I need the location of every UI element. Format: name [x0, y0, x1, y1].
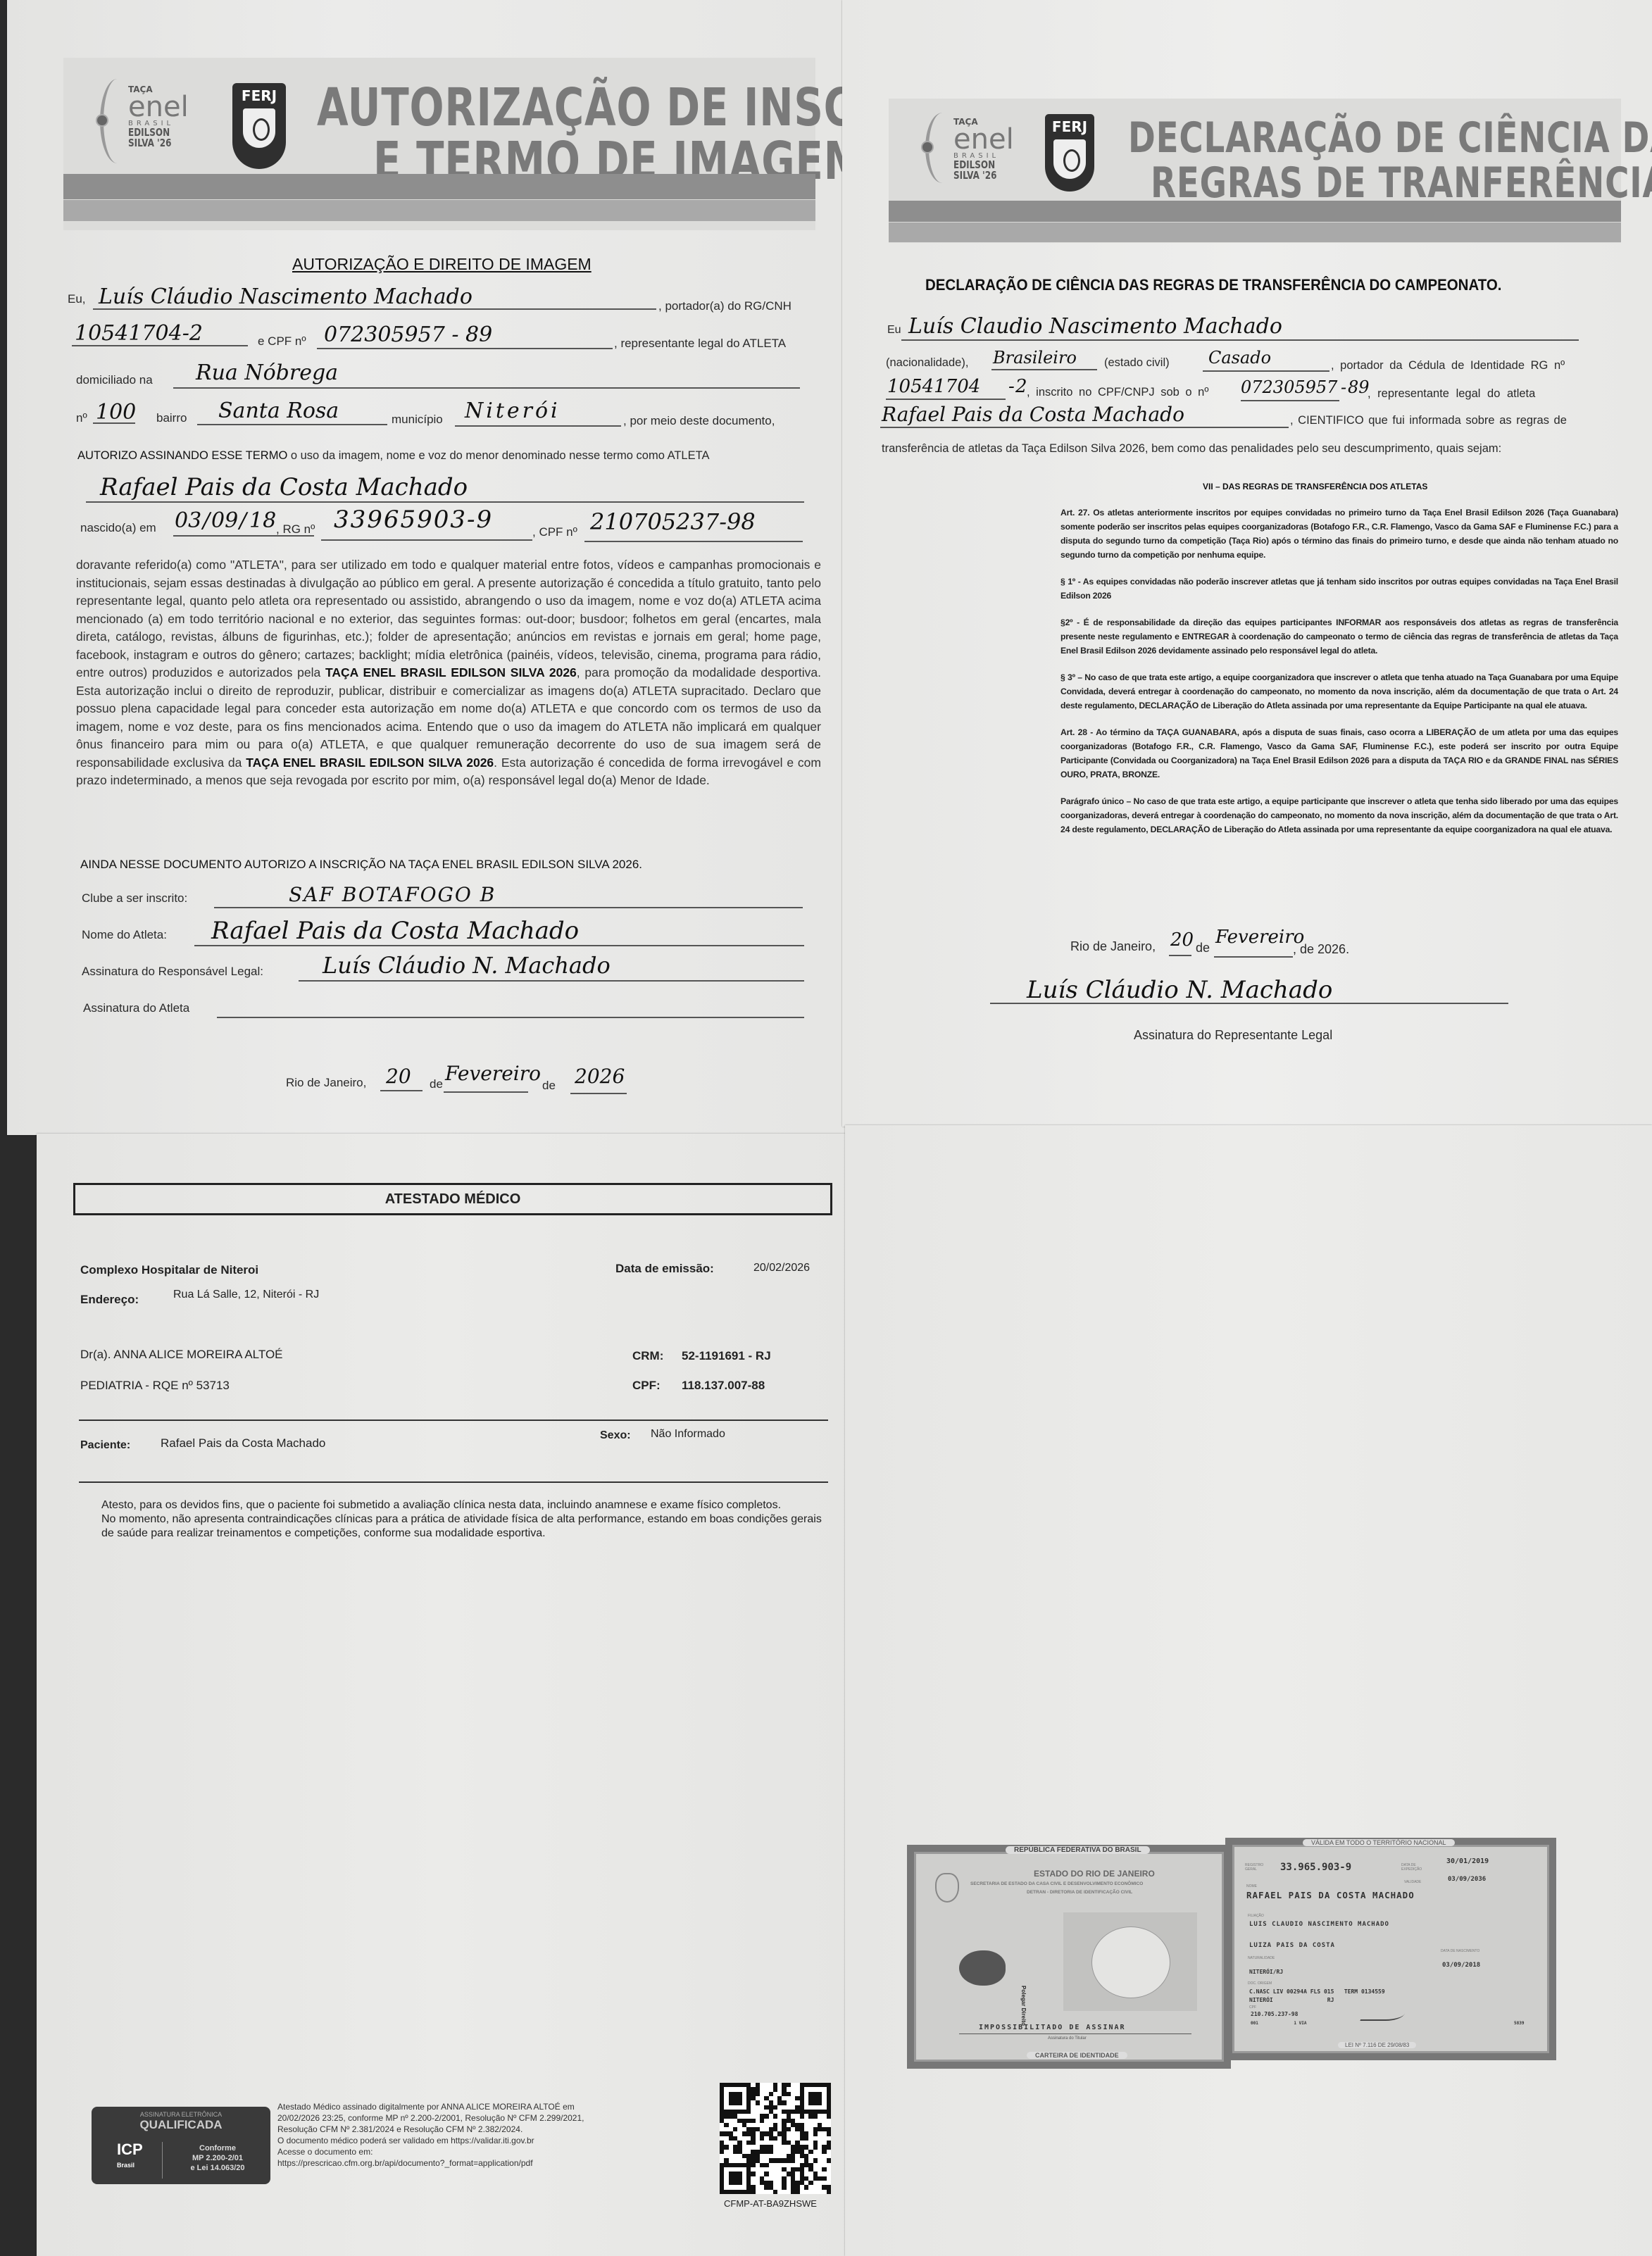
athlete-rg-value: 33965903-9: [334, 506, 493, 534]
athlete-cpf-value: 210705237-98: [590, 508, 756, 535]
declaration-month-field[interactable]: [1214, 956, 1293, 958]
declarant-cpf-value: 072305957: [1241, 377, 1337, 397]
id-card-back: VÁLIDA EM TODO O TERRITÓRIO NACIONAL REG…: [1225, 1838, 1556, 2060]
divider: [79, 1420, 828, 1421]
face-portrait-icon: [1091, 1926, 1170, 1998]
athlete-value: Rafael Pais da Costa Machado: [211, 917, 579, 945]
holder-name: RAFAEL PAIS DA COSTA MACHADO: [1246, 1890, 1415, 1900]
civil-status-field[interactable]: [1203, 370, 1329, 372]
rule-single-paragraph: Parágrafo único – No caso de que trata e…: [1060, 794, 1618, 836]
rg-cnh-value: 10541704-2: [75, 321, 203, 346]
nationality-field[interactable]: [991, 369, 1097, 370]
state-coat-of-arms-icon: [935, 1873, 959, 1903]
certificate-body: Atesto, para os devidos fins, que o paci…: [101, 1498, 827, 1541]
declarant-cpf-digit: 89: [1348, 377, 1370, 397]
athlete-label: Nome do Atleta:: [82, 928, 167, 942]
athlete-rg-field[interactable]: [321, 539, 532, 541]
declarant-rg-digit: 2: [1015, 376, 1027, 397]
issuer-signature: [1360, 2003, 1408, 2021]
taca-enel-logo: TAÇA enel BRASIL EDILSON SILVA '26: [128, 84, 189, 149]
date-month-field[interactable]: [444, 1091, 528, 1093]
icp-brasil-logo: ICP Brasil: [117, 2143, 143, 2172]
badge-divider: [162, 2142, 163, 2179]
banner-stripe: [63, 200, 815, 221]
certificate-title-box: ATESTADO MÉDICO: [73, 1183, 832, 1215]
inscription-statement: AINDA NESSE DOCUMENTO AUTORIZO A INSCRIÇ…: [80, 858, 642, 872]
document-link[interactable]: https://prescricao.cfm.org.br/api/docume…: [277, 2157, 584, 2169]
taca-enel-logo: TAÇA enel BRASIL EDILSON SILVA '26: [953, 117, 1014, 181]
soccer-ball-icon: [921, 141, 934, 153]
doctor-crm: 52-1191691 - RJ: [682, 1349, 771, 1363]
doctor-specialty: PEDIATRIA - RQE nº 53713: [80, 1379, 230, 1393]
id-card-front: REPÚBLICA FEDERATIVA DO BRASIL ESTADO DO…: [907, 1845, 1231, 2069]
birthplace: NITERÓI/RJ: [1249, 1969, 1283, 1975]
athlete-signature-field[interactable]: [217, 1017, 804, 1018]
declaration-heading: DECLARAÇÃO DE CIÊNCIA DAS REGRAS DE TRAN…: [925, 276, 1501, 294]
banner-stripe: [889, 201, 1621, 222]
declaration-athlete-value: Rafael Pais da Costa Machado: [882, 403, 1184, 426]
declarant-cpf-field[interactable]: [1241, 400, 1339, 401]
birth-month-value: 09: [211, 508, 238, 533]
emission-date: 20/02/2026: [753, 1262, 810, 1274]
doctor-name: Dr(a). ANNA ALICE MOREIRA ALTOÉ: [80, 1348, 283, 1362]
authorization-form-page: TAÇA enel BRASIL EDILSON SILVA '26 FERJ …: [7, 0, 845, 1135]
athlete-field[interactable]: [194, 945, 804, 946]
neighborhood-value: Santa Rosa: [218, 399, 339, 423]
rule-art27: Art. 27. Os atletas anteriormente inscri…: [1060, 506, 1618, 562]
registro-geral: 33.965.903-9: [1280, 1862, 1351, 1873]
doctor-cpf: 118.137.007-88: [682, 1379, 765, 1393]
fingerprint-icon: [959, 1950, 1006, 1986]
banner-title-line2: REGRAS DE TRANFERÊNCIA: [1151, 162, 1652, 204]
declaration-banner: TAÇA enel BRASIL EDILSON SILVA '26 FERJ …: [889, 99, 1621, 243]
authorization-body-text: doravante referido(a) como "ATLETA", par…: [76, 556, 821, 790]
validity-date: 03/09/2036: [1448, 1876, 1486, 1883]
origin-document: C.NASC LIV 00294A FLS 015 TERM 0134559: [1249, 1988, 1385, 1995]
representative-signature-value: Luís Cláudio N. Machado: [1027, 976, 1332, 1004]
mother-name: LUIZA PAIS DA COSTA: [1249, 1942, 1335, 1949]
civil-status-value: Casado: [1208, 348, 1271, 368]
number-value: 100: [96, 400, 136, 425]
qr-code-label: CFMP-AT-BA9ZHSWE: [724, 2198, 817, 2209]
declaration-day-field[interactable]: [1169, 955, 1191, 956]
patient-sex: Não Informado: [651, 1428, 725, 1441]
athlete-signature-label: Assinatura do Atleta: [83, 1001, 189, 1015]
representative-name-value: Luís Cláudio Nascimento Machado: [99, 284, 473, 309]
cpf-field[interactable]: [317, 348, 613, 349]
declarant-name-field[interactable]: [901, 339, 1579, 341]
authorize-statement: AUTORIZO ASSINANDO ESSE TERMO o uso da i…: [77, 449, 709, 463]
nationality-value: Brasileiro: [993, 348, 1077, 368]
date-year-value: 2026: [575, 1065, 625, 1088]
ferj-shield-icon: [1053, 139, 1086, 179]
declarant-name-value: Luís Claudio Nascimento Machado: [908, 314, 1282, 339]
medical-certificate-page: ATESTADO MÉDICO Complexo Hospitalar de N…: [37, 1134, 849, 2256]
guardian-signature-field[interactable]: [299, 980, 804, 982]
institution-name: Complexo Hospitalar de Niteroi: [80, 1263, 258, 1277]
rule-par3: § 3º – No caso de que trata este artigo,…: [1060, 670, 1618, 713]
id-card-copy-page: REPÚBLICA FEDERATIVA DO BRASIL ESTADO DO…: [845, 1125, 1652, 2256]
neighborhood-field[interactable]: [197, 424, 387, 425]
date-year-field[interactable]: [570, 1093, 627, 1094]
expedition-date: 30/01/2019: [1446, 1857, 1489, 1865]
birth-date: 03/09/2018: [1442, 1962, 1480, 1969]
authorization-banner: TAÇA enel BRASIL EDILSON SILVA '26 FERJ …: [63, 58, 815, 230]
holder-cpf: 210.705.237-98: [1251, 2011, 1298, 2017]
banner-title-line1: DECLARAÇÃO DE CIÊNCIA DAS: [1128, 117, 1652, 159]
club-field[interactable]: [214, 907, 803, 908]
street-value: Rua Nóbrega: [196, 361, 338, 385]
athlete-name-value: Rafael Pais da Costa Machado: [100, 473, 468, 501]
date-month-value: Fevereiro: [445, 1062, 541, 1085]
transfer-rules: Art. 27. Os atletas anteriormente inscri…: [1060, 506, 1618, 849]
street-field[interactable]: [173, 387, 800, 389]
club-value: SAF BOTAFOGO B: [289, 883, 496, 906]
club-label: Clube a ser inscrito:: [82, 891, 187, 905]
section-title: AUTORIZAÇÃO E DIREITO DE IMAGEM: [292, 255, 592, 274]
athlete-cpf-field[interactable]: [584, 541, 803, 542]
rule-par2: §2º - É de responsabilidade da direção d…: [1060, 615, 1618, 658]
child-photo: [1063, 1912, 1197, 2011]
certificate-title: ATESTADO MÉDICO: [385, 1191, 521, 1207]
city-value: Niterói: [465, 399, 561, 423]
representative-signature-label: Assinatura do Representante Legal: [1134, 1028, 1332, 1043]
father-name: LUIS CLAUDIO NASCIMENTO MACHADO: [1249, 1921, 1389, 1928]
declarant-rg-field[interactable]: [886, 399, 1006, 400]
cpf-value: 072305957 - 89: [324, 322, 492, 347]
rule-art28: Art. 28 - Ao término da TAÇA GUANABARA, …: [1060, 725, 1618, 782]
qualified-signature-badge: ASSINATURA ELETRÔNICA QUALIFICADA ICP Br…: [92, 2107, 270, 2184]
declaration-day-value: 20: [1170, 929, 1194, 951]
banner-stripe: [63, 174, 815, 199]
guardian-signature-value: Luís Cláudio N. Machado: [323, 952, 611, 979]
qr-code[interactable]: [720, 2083, 831, 2194]
birth-year-value: 18: [249, 508, 276, 533]
rules-title: VII – DAS REGRAS DE TRANSFERÊNCIA DOS AT…: [1203, 482, 1427, 491]
ferj-shield-icon: [243, 108, 275, 148]
athlete-name-field[interactable]: [86, 501, 804, 503]
date-day-value: 20: [386, 1065, 411, 1088]
ferj-crest-logo: FERJ: [232, 83, 286, 169]
patient-name: Rafael Pais da Costa Machado: [161, 1436, 325, 1450]
date-day-field[interactable]: [380, 1090, 423, 1091]
birth-day-value: 03: [175, 508, 201, 533]
rule-par1: § 1º - As equipes convidadas não poderão…: [1060, 575, 1618, 603]
transfer-declaration-page: TAÇA enel BRASIL EDILSON SILVA '26 FERJ …: [842, 0, 1652, 1127]
ferj-crest-logo: FERJ: [1045, 114, 1094, 192]
city-field[interactable]: [455, 425, 621, 427]
declaration-month-value: Fevereiro: [1215, 927, 1304, 948]
digital-signature-info: Atestado Médico assinado digitalmente po…: [277, 2101, 584, 2169]
guardian-signature-label: Assinatura do Responsável Legal:: [82, 965, 263, 979]
institution-address: Rua Lá Salle, 12, Niterói - RJ: [173, 1289, 319, 1301]
divider: [79, 1481, 828, 1483]
soccer-ball-icon: [96, 114, 108, 127]
declaration-athlete-field[interactable]: [880, 427, 1289, 428]
banner-stripe: [889, 223, 1621, 242]
declarant-rg-value: 10541704: [887, 376, 980, 397]
